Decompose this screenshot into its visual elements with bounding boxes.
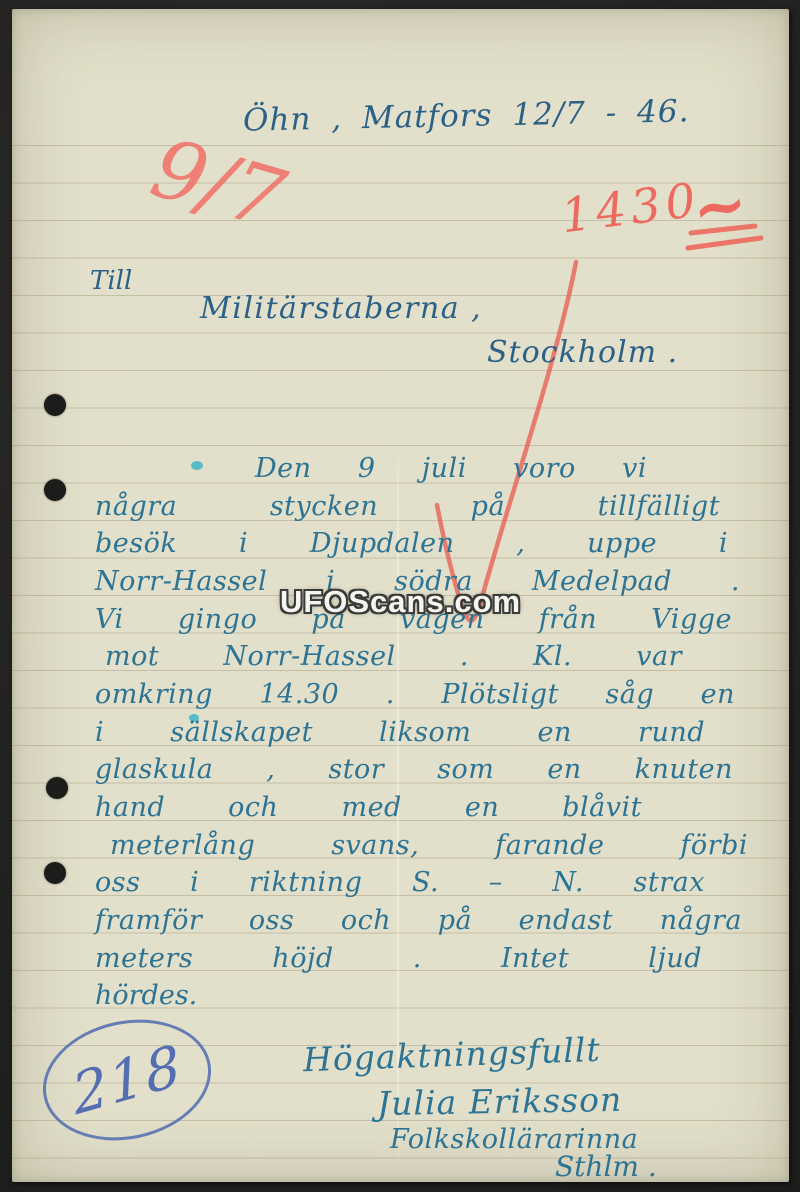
archive-number: 218 <box>68 1032 186 1128</box>
salutation: Till <box>90 268 132 295</box>
body-line: Den 9 juli voro vi <box>255 455 647 482</box>
body-line: glaskula , stor som en knuten <box>95 756 733 783</box>
punch-hole <box>44 479 66 501</box>
recipient-name: Militärstaberna , <box>200 293 482 325</box>
body-line: framför oss och på endast några <box>95 907 742 934</box>
body-line: hand och med en blåvit <box>95 794 642 821</box>
paper: Öhn , Matfors 12/7 - 46. 9/7 1430 ~ Till… <box>12 9 789 1182</box>
body-line: meterlång svans, farande förbi <box>110 832 748 859</box>
body-line: i sällskapet liksom en rund <box>95 719 705 746</box>
watermark: UFOScans.com <box>12 584 789 620</box>
punch-hole <box>44 394 66 416</box>
body-line: oss i riktning S. – N. strax <box>95 869 705 896</box>
letter-dateline: Öhn , Matfors 12/7 - 46. <box>243 95 690 137</box>
signature-name: Julia Eriksson <box>377 1083 623 1122</box>
body-line: mot Norr-Hassel . Kl. var <box>105 643 682 670</box>
punch-hole <box>44 862 66 884</box>
body-line: några stycken på tillfälligt <box>95 493 720 520</box>
signature-place: Sthlm . <box>555 1152 657 1181</box>
body-line: besök i Djupdalen , uppe i <box>95 530 728 557</box>
body-line: hördes. <box>95 982 197 1010</box>
ink-blot <box>191 461 203 470</box>
body-line: omkring 14.30 . Plötsligt såg en <box>95 681 735 708</box>
punch-hole <box>46 777 68 799</box>
recipient-city: Stockholm . <box>487 337 678 369</box>
body-line: meters höjd . Intet ljud <box>95 945 702 972</box>
scan-background: { "watermark": { "text": "UFOScans.com" … <box>0 0 800 1192</box>
